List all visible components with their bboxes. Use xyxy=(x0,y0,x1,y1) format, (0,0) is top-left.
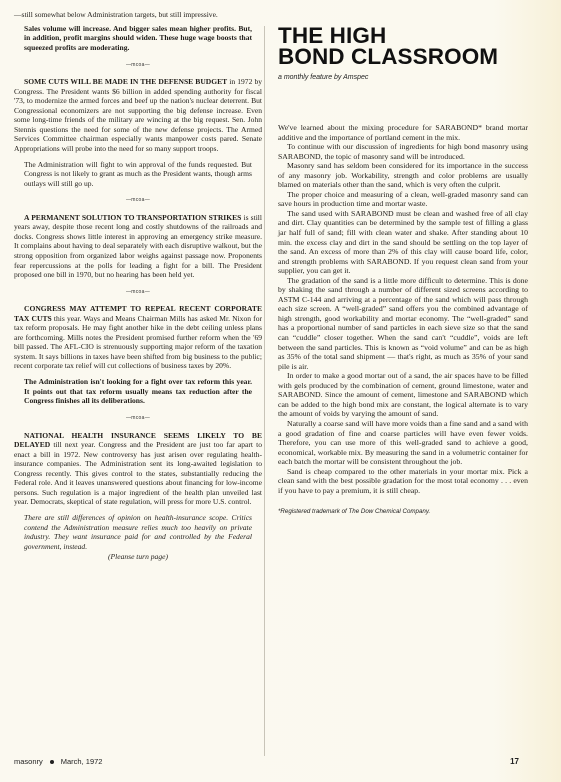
trademark-footnote: *Registered trademark of The Dow Chemica… xyxy=(278,508,528,515)
feature-paragraph: Sand is cheap compared to the other mate… xyxy=(278,467,528,496)
section-callout: The Administration isn't looking for a f… xyxy=(24,377,252,406)
intro-callout: Sales volume will increase. And bigger s… xyxy=(24,24,252,53)
footer-left: masonry March, 1972 xyxy=(14,757,102,766)
section-body: till next year. Congress and the Preside… xyxy=(14,440,262,506)
feature-body: We've learned about the mixing procedure… xyxy=(278,123,528,495)
feature-paragraph: We've learned about the mixing procedure… xyxy=(278,123,528,142)
feature-title-line2: BOND CLASSROOM xyxy=(278,44,498,69)
issue-date: March, 1972 xyxy=(61,757,103,766)
feature-paragraph: To continue with our discussion of ingre… xyxy=(278,142,528,161)
section-separator: —mcoa— xyxy=(14,61,262,71)
section-callout: The Administration will fight to win app… xyxy=(24,160,252,189)
news-section-defense-budget: SOME CUTS WILL BE MADE IN THE DEFENSE BU… xyxy=(14,77,262,188)
right-column-feature: THE HIGH BOND CLASSROOM a monthly featur… xyxy=(278,26,528,515)
news-section-health-insurance: NATIONAL HEALTH INSURANCE SEEMS LIKELY T… xyxy=(14,431,262,562)
feature-paragraph: The gradation of the sand is a little mo… xyxy=(278,276,528,371)
news-section-corporate-tax: CONGRESS MAY ATTEMPT TO REPEAL RECENT CO… xyxy=(14,304,262,406)
bullet-dot-icon xyxy=(50,760,54,764)
magazine-page: —still somewhat below Administration tar… xyxy=(0,0,561,782)
section-callout: There are still differences of opinion o… xyxy=(24,513,252,551)
section-headline: SOME CUTS WILL BE MADE IN THE DEFENSE BU… xyxy=(24,77,227,86)
section-body: in 1972 by Congress. The President wants… xyxy=(14,77,262,153)
feature-subtitle: a monthly feature by Amspec xyxy=(278,74,528,81)
page-footer: masonry March, 1972 17 xyxy=(14,757,519,766)
publication-name: masonry xyxy=(14,757,43,766)
feature-title: THE HIGH BOND CLASSROOM xyxy=(278,26,528,67)
left-column-news: —still somewhat below Administration tar… xyxy=(14,10,262,562)
news-section-transportation-strikes: A PERMANENT SOLUTION TO TRANSPORTATION S… xyxy=(14,213,262,280)
section-separator: —mcoa— xyxy=(14,414,262,424)
page-number: 17 xyxy=(510,757,519,766)
feature-paragraph: Naturally a coarse sand will have more v… xyxy=(278,419,528,467)
feature-paragraph: The sand used with SARABOND must be clea… xyxy=(278,209,528,276)
feature-paragraph: In order to make a good mortar out of a … xyxy=(278,371,528,419)
continued-note: (Pleanse turn page) xyxy=(14,552,262,562)
column-divider xyxy=(264,26,265,756)
intro-text: —still somewhat below Administration tar… xyxy=(14,10,262,20)
section-separator: —mcoa— xyxy=(14,288,262,298)
section-body: is still years away, despite those recen… xyxy=(14,213,262,279)
section-headline: A PERMANENT SOLUTION TO TRANSPORTATION S… xyxy=(24,213,241,222)
feature-paragraph: The proper choice and measuring of a cle… xyxy=(278,190,528,209)
section-body: this year. Ways and Means Chairman Mills… xyxy=(14,314,262,371)
feature-paragraph: Masonry sand has seldom been considered … xyxy=(278,161,528,190)
section-separator: —mcoa— xyxy=(14,196,262,206)
